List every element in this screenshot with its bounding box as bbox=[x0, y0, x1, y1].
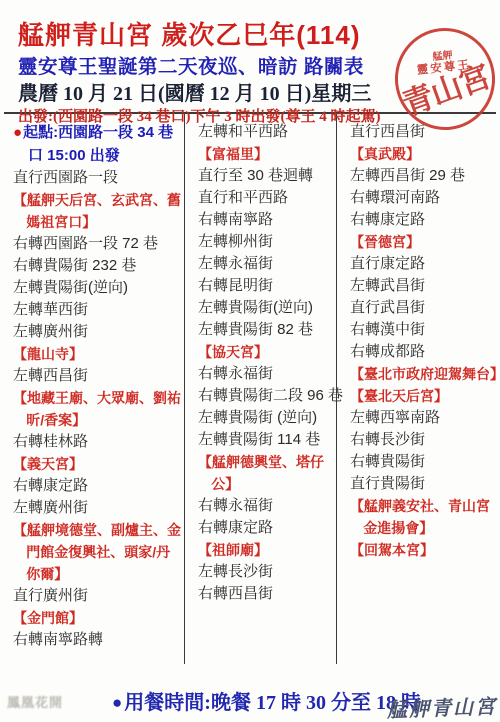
route-step-entry: 左轉華西街 bbox=[13, 299, 181, 321]
landmark-entry: 【艋舺義安社、青山宮金進揚會】 bbox=[350, 495, 497, 539]
route-step-entry: 直行康定路 bbox=[350, 253, 497, 275]
photo-watermark: 鳳凰花開 bbox=[7, 692, 63, 711]
seal-ring: 艋舺 靈安尊王 青山宮 bbox=[390, 23, 500, 135]
route-step-entry: 左轉西昌街 29 巷 bbox=[350, 165, 497, 187]
route-step-entry: 左轉貴陽街 114 巷 bbox=[198, 429, 333, 451]
route-step-entry: 右轉長沙街 bbox=[350, 429, 497, 451]
landmark-entry: 【金門館】 bbox=[13, 607, 181, 629]
route-column-1: ●起點:西園路一段 34 巷口 15:00 出發直行西園路一段【艋舺天后宮、玄武… bbox=[0, 114, 185, 664]
route-step-entry: 右轉永福街 bbox=[198, 363, 333, 385]
route-step-entry: 左轉貴陽街(逆向) bbox=[13, 277, 181, 299]
landmark-entry: 【富福里】 bbox=[198, 143, 333, 165]
landmark-entry: 【臺北天后宮】 bbox=[350, 385, 497, 407]
route-step-entry: 右轉西園路一段 72 巷 bbox=[13, 233, 181, 255]
route-step-entry: 直行武昌街 bbox=[350, 297, 497, 319]
route-column-2: 左轉和平西路【富福里】直行至 30 巷迴轉直行和平西路右轉南寧路左轉柳州街左轉永… bbox=[185, 114, 337, 664]
route-step-entry: 右轉貴陽街二段 96 巷 bbox=[198, 385, 333, 407]
landmark-entry: 【艋舺德興堂、塔仔公】 bbox=[198, 451, 333, 495]
route-step-entry: 左轉永福街 bbox=[198, 253, 333, 275]
route-step-entry: 右轉南寧路 bbox=[198, 209, 333, 231]
landmark-entry: 【義天宮】 bbox=[13, 453, 181, 475]
start-point-entry: ●起點:西園路一段 34 巷口 15:00 出發 bbox=[13, 121, 181, 167]
route-step-entry: 右轉康定路 bbox=[198, 517, 333, 539]
header: 艋舺青山宮 歲次乙巳年(114) 靈安尊王聖誕第二天夜巡、暗訪 路關表 農曆 1… bbox=[0, 0, 500, 112]
meal-bullet-icon: ● bbox=[112, 693, 122, 712]
route-step-entry: 左轉西寧南路 bbox=[350, 407, 497, 429]
landmark-entry: 【地藏王廟、大眾廟、劉祐昕/香案】 bbox=[13, 387, 181, 431]
route-step-entry: 直行西園路一段 bbox=[13, 167, 181, 189]
landmark-entry: 【真武殿】 bbox=[350, 143, 497, 165]
route-step-entry: 右轉昆明街 bbox=[198, 275, 333, 297]
route-table: ●起點:西園路一段 34 巷口 15:00 出發直行西園路一段【艋舺天后宮、玄武… bbox=[0, 114, 500, 664]
route-step-entry: 直行貴陽街 bbox=[350, 473, 497, 495]
route-column-3: 直行西昌街【真武殿】左轉西昌街 29 巷右轉環河南路右轉康定路【晉德宮】直行康定… bbox=[337, 114, 500, 664]
route-step-entry: 左轉廣州街 bbox=[13, 497, 181, 519]
landmark-entry: 【龍山寺】 bbox=[13, 343, 181, 365]
landmark-entry: 【祖師廟】 bbox=[198, 539, 333, 561]
watermark-text: 鳳凰花開 bbox=[7, 695, 63, 710]
route-step-entry: 右轉貴陽街 bbox=[350, 451, 497, 473]
route-step-entry: 左轉柳州街 bbox=[198, 231, 333, 253]
route-step-entry: 左轉貴陽街(逆向) bbox=[198, 297, 333, 319]
route-step-entry: 左轉貴陽街 (逆向) bbox=[198, 407, 333, 429]
route-step-entry: 右轉貴陽街 232 巷 bbox=[13, 255, 181, 277]
route-step-entry: 右轉桂林路 bbox=[13, 431, 181, 453]
temple-seal-stamp-icon: 艋舺 靈安尊王 青山宮 bbox=[390, 23, 500, 135]
route-step-entry: 左轉廣州街 bbox=[13, 321, 181, 343]
route-step-entry: 右轉永福街 bbox=[198, 495, 333, 517]
route-step-entry: 左轉貴陽街 82 巷 bbox=[198, 319, 333, 341]
meal-time-line: ●用餐時間:晚餐 17 時 30 分至 18 時 bbox=[112, 686, 421, 715]
route-step-entry: 右轉環河南路 bbox=[350, 187, 497, 209]
meal-time-text: 用餐時間:晚餐 17 時 30 分至 18 時 bbox=[124, 692, 421, 714]
route-step-entry: 右轉成都路 bbox=[350, 341, 497, 363]
route-sheet-page: 艋舺青山宮 歲次乙巳年(114) 靈安尊王聖誕第二天夜巡、暗訪 路關表 農曆 1… bbox=[0, 0, 500, 722]
route-step-entry: 左轉西昌街 bbox=[13, 365, 181, 387]
route-step-entry: 右轉漢中街 bbox=[350, 319, 497, 341]
landmark-entry: 【協天宮】 bbox=[198, 341, 333, 363]
landmark-entry: 【回駕本宮】 bbox=[350, 539, 497, 561]
route-step-entry: 左轉武昌街 bbox=[350, 275, 497, 297]
start-point-text: 起點:西園路一段 34 巷口 15:00 出發 bbox=[23, 124, 173, 164]
route-step-entry: 直行至 30 巷迴轉 bbox=[198, 165, 333, 187]
route-step-entry: 左轉長沙街 bbox=[198, 561, 333, 583]
landmark-entry: 【艋舺境德堂、副爐主、金門館金復興社、頭家/丹你爾】 bbox=[13, 519, 181, 585]
landmark-entry: 【晉德宮】 bbox=[350, 231, 497, 253]
route-step-entry: 直行和平西路 bbox=[198, 187, 333, 209]
route-step-entry: 右轉南寧路轉 bbox=[13, 629, 181, 651]
route-step-entry: 右轉康定路 bbox=[13, 475, 181, 497]
temple-signature: 艋舺青山宮 bbox=[387, 690, 498, 722]
landmark-entry: 【臺北市政府迎駕舞台】 bbox=[350, 363, 497, 385]
route-step-entry: 直行廣州街 bbox=[13, 585, 181, 607]
route-step-entry: 右轉康定路 bbox=[350, 209, 497, 231]
landmark-entry: 【艋舺天后宮、玄武宮、舊媽祖宮口】 bbox=[13, 189, 181, 233]
route-step-entry: 右轉西昌街 bbox=[198, 583, 333, 605]
